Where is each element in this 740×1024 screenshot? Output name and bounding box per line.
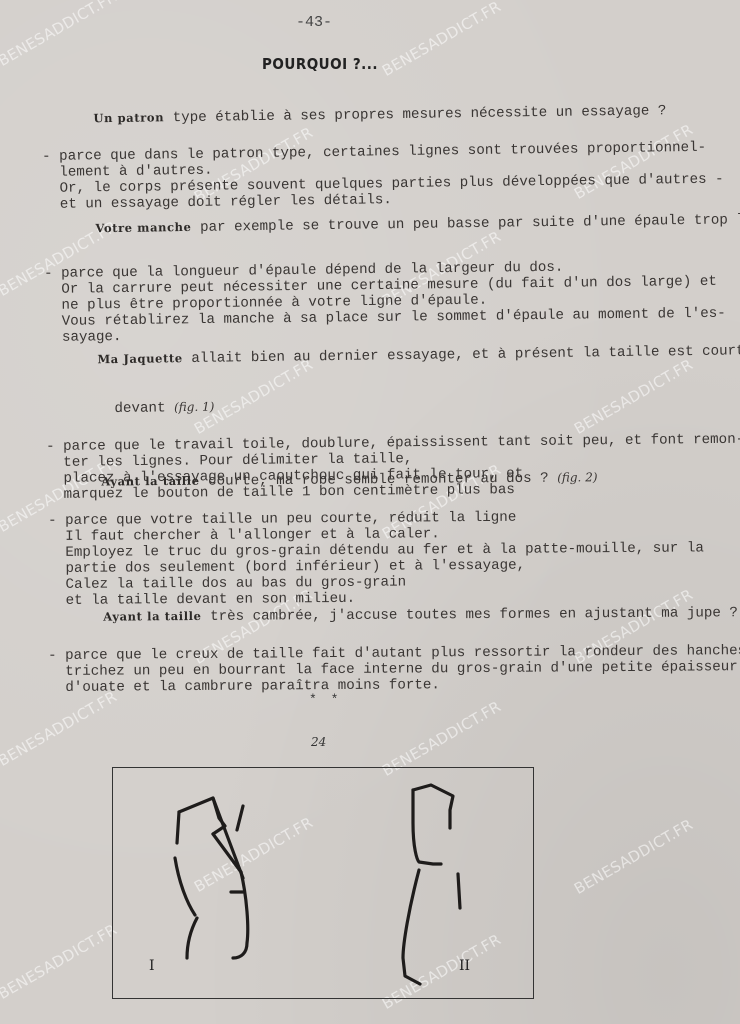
document-page: BENESADDICT.FR BENESADDICT.FR BENESADDIC… bbox=[0, 0, 740, 1024]
question-text: devant bbox=[97, 400, 174, 417]
question-lead: Ayant la taille bbox=[101, 474, 199, 489]
question-lead: Ayant la taille bbox=[103, 609, 201, 624]
figure-label-1: I bbox=[149, 958, 155, 974]
question: Un patron type établie à ses propres mes… bbox=[42, 85, 740, 144]
figure-page-number: 24 bbox=[311, 735, 326, 749]
watermark: BENESADDICT.FR bbox=[571, 815, 696, 898]
page-number: -43- bbox=[296, 14, 332, 31]
question-continued: devant (fig. 1) bbox=[46, 375, 740, 434]
figure-illustration: I II bbox=[112, 767, 534, 999]
question-text: type établie à ses propres mesures néces… bbox=[164, 103, 667, 126]
question-text: par exemple se trouve un peu basse par s… bbox=[191, 212, 740, 236]
question-lead: Un patron bbox=[93, 110, 164, 125]
question-text: allait bien au dernier essayage, et à pr… bbox=[183, 343, 740, 367]
section-5: Ayant la taille très cambrée, j'accuse t… bbox=[0, 593, 740, 696]
watermark: BENESADDICT.FR bbox=[0, 687, 120, 770]
watermark: BENESADDICT.FR bbox=[0, 920, 120, 1003]
section-1: Un patron type établie à ses propres mes… bbox=[0, 95, 740, 213]
answer-line: d'ouate et la cambrure paraîtra moins fo… bbox=[48, 675, 740, 696]
watermark: BENESADDICT.FR bbox=[379, 0, 504, 80]
page-title: POURQUOI ?... bbox=[262, 55, 378, 73]
question: Votre manche par exemple se trouve un pe… bbox=[44, 195, 740, 254]
question-lead: Votre manche bbox=[95, 220, 191, 235]
figure-reference: (fig. 2) bbox=[557, 470, 597, 484]
figure-label-2: II bbox=[459, 958, 470, 974]
question-text: courte, ma robe semble remonter au dos ? bbox=[200, 471, 558, 490]
question-lead: Ma Jaquette bbox=[97, 351, 183, 366]
question-text: très cambrée, j'accuse toutes mes formes… bbox=[201, 605, 737, 625]
watermark: BENESADDICT.FR bbox=[0, 0, 120, 70]
section-separator: * * bbox=[309, 692, 341, 707]
figure-reference: (fig. 1) bbox=[174, 400, 215, 415]
answer: - parce que le creux de taille fait d'au… bbox=[48, 643, 740, 696]
question: Ayant la taille courte, ma robe semble r… bbox=[50, 452, 740, 507]
section-4: Ayant la taille courte, ma robe semble r… bbox=[0, 458, 740, 609]
section-2: Votre manche par exemple se trouve un pe… bbox=[0, 205, 740, 346]
question: Ayant la taille très cambrée, j'accuse t… bbox=[52, 588, 740, 642]
